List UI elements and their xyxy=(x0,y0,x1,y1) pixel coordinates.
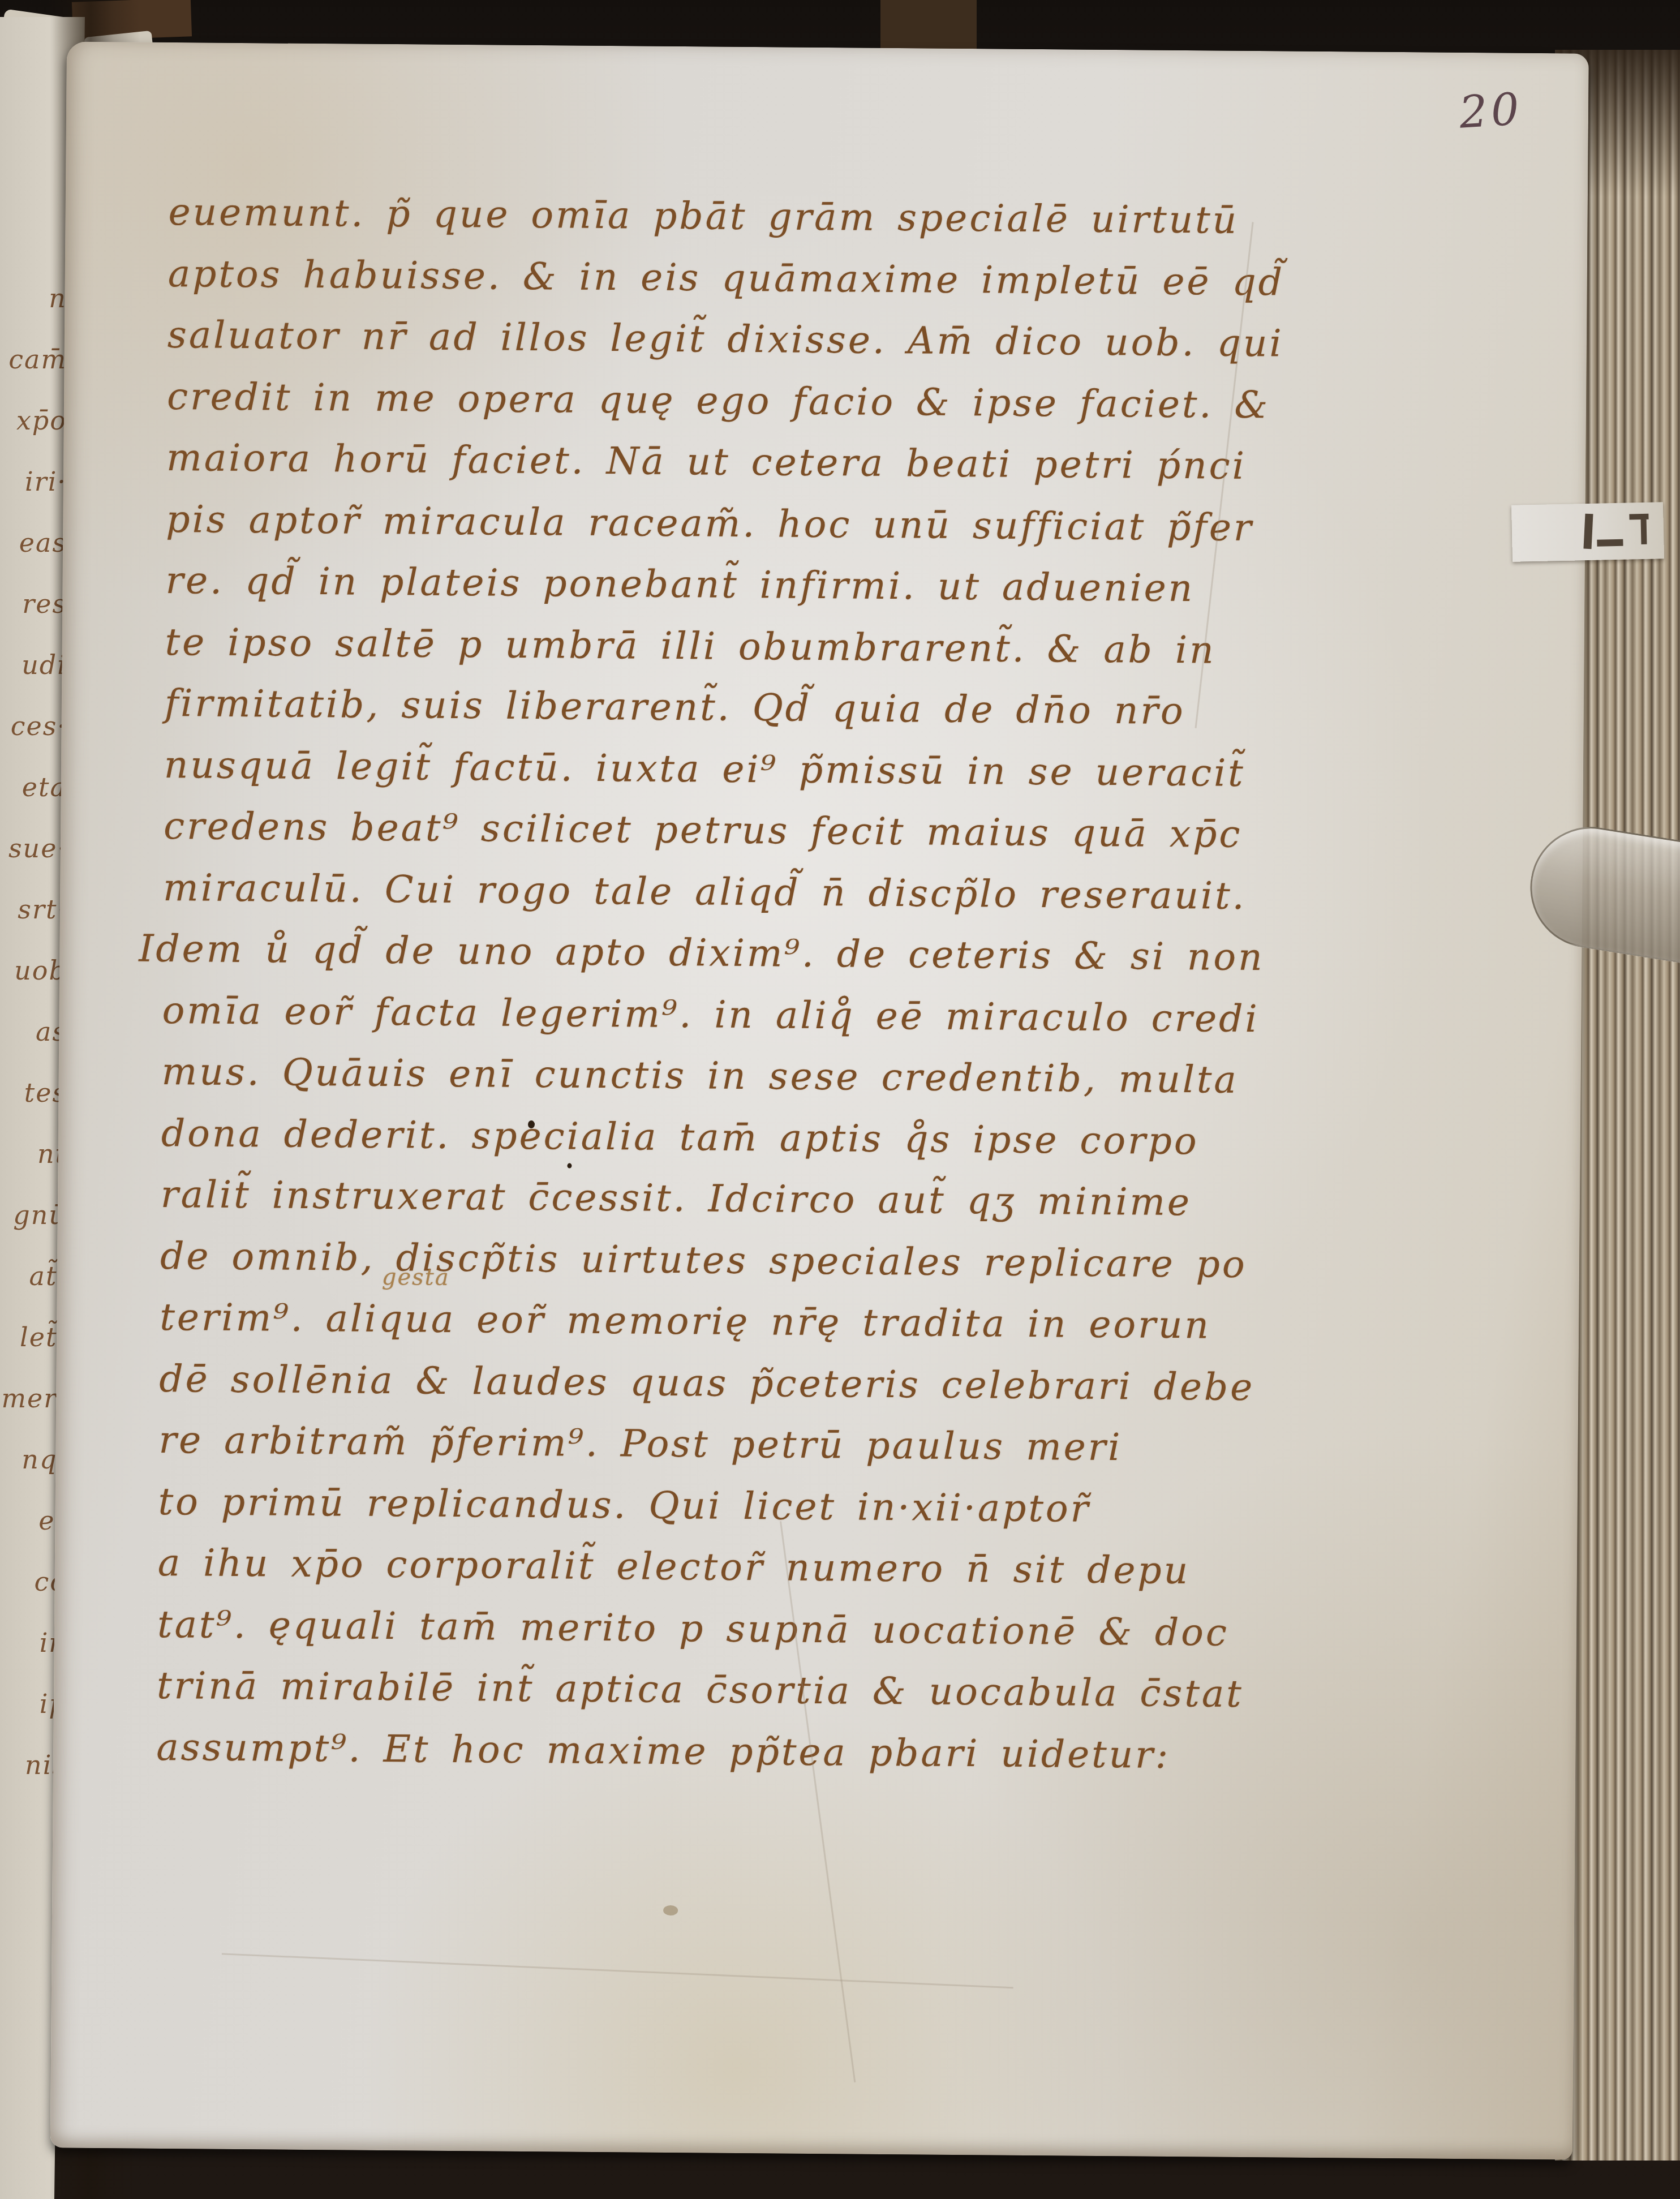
text-line: de omnib, discp̃tis uirtutes speciales r… xyxy=(160,1225,1394,1296)
text-line: credens beat⁹ scilicet petrus fecit maiu… xyxy=(164,796,1398,867)
stain xyxy=(663,1905,678,1915)
parchment-crease xyxy=(222,1953,1013,1988)
text-block: euemunt. p̃ que omīa pbāt grām specialē … xyxy=(156,182,1402,1788)
text-line: ralit̃ instruxerat c̄cessit. Idcirco aut… xyxy=(161,1164,1395,1235)
tab-ink-mark xyxy=(1597,539,1623,547)
text-line: aptos habuisse. & in eis quāmaxime imple… xyxy=(167,243,1402,314)
text-line: Idem ů qd̃ de uno apto dixim⁹. de ceteri… xyxy=(139,918,1397,990)
text-line: credit in me opera quę ego facio & ipse … xyxy=(167,366,1401,437)
manuscript-page: 20 euemunt. p̃ que omīa pbāt grām specia… xyxy=(50,42,1589,2160)
text-line: euemunt. p̃ que omīa pbāt grām specialē … xyxy=(168,182,1402,253)
text-line: dona dederit. specialia tam̄ aptis q̊s i… xyxy=(161,1102,1395,1174)
interlinear-gloss: gesta xyxy=(382,1266,450,1289)
folio-number: 20 xyxy=(1458,84,1524,139)
tab-ink-mark xyxy=(1583,514,1593,549)
text-line: te ipso saltē p umbrā illi obumbrarent̃.… xyxy=(165,611,1399,682)
text-line: saluator nr̄ ad illos legit̃ dixisse. Am… xyxy=(167,304,1402,376)
text-line: mus. Quāuis enī cunctis in sese credenti… xyxy=(161,1041,1395,1113)
text-line: omīa eor̃ facta legerim⁹. in aliq̊ eē mi… xyxy=(162,980,1396,1051)
text-line: re arbitram̃ p̃ferim⁹. Post petrū paulus… xyxy=(158,1410,1393,1481)
cradle-post xyxy=(880,0,977,54)
fore-edge-tab xyxy=(1511,502,1664,562)
text-line: tat⁹. ęquali tam̄ merito p supnā uocatio… xyxy=(157,1594,1391,1665)
text-line: terim⁹. aliqua eor̃ memorię nr̄ę tradita… xyxy=(160,1287,1394,1358)
text-line: dē sollēnia & laudes quas p̃ceteris cele… xyxy=(159,1348,1393,1419)
ink-speck xyxy=(567,1163,572,1169)
text-line: maiora horū faciet. Nā ut cetera beati p… xyxy=(166,427,1400,499)
ink-speck xyxy=(528,1120,535,1128)
text-line: nusquā legit̃ factū. iuxta ei⁹ p̃missū i… xyxy=(164,734,1398,805)
text-line: assumpt⁹. Et hoc maxime pp̃tea pbari uid… xyxy=(156,1716,1390,1788)
manuscript-photo: n cam̄ xp̄o iri· eas res udi ces· eta su… xyxy=(0,0,1680,2199)
text-line: to primū replicandus. Qui licet in·xii·a… xyxy=(158,1471,1392,1542)
tab-ink-mark xyxy=(1641,519,1647,544)
text-line: a ihu xp̄o corporalit̃ elector̃ numero n… xyxy=(157,1532,1391,1604)
text-line: firmitatib, suis liberarent̃. Qd̃ quia d… xyxy=(164,673,1398,744)
text-line: miraculū. Cui rogo tale aliqd̃ n̄ discp̃… xyxy=(163,857,1397,928)
text-line: trinā mirabilē int̃ aptica c̄sortia & uo… xyxy=(157,1655,1391,1726)
